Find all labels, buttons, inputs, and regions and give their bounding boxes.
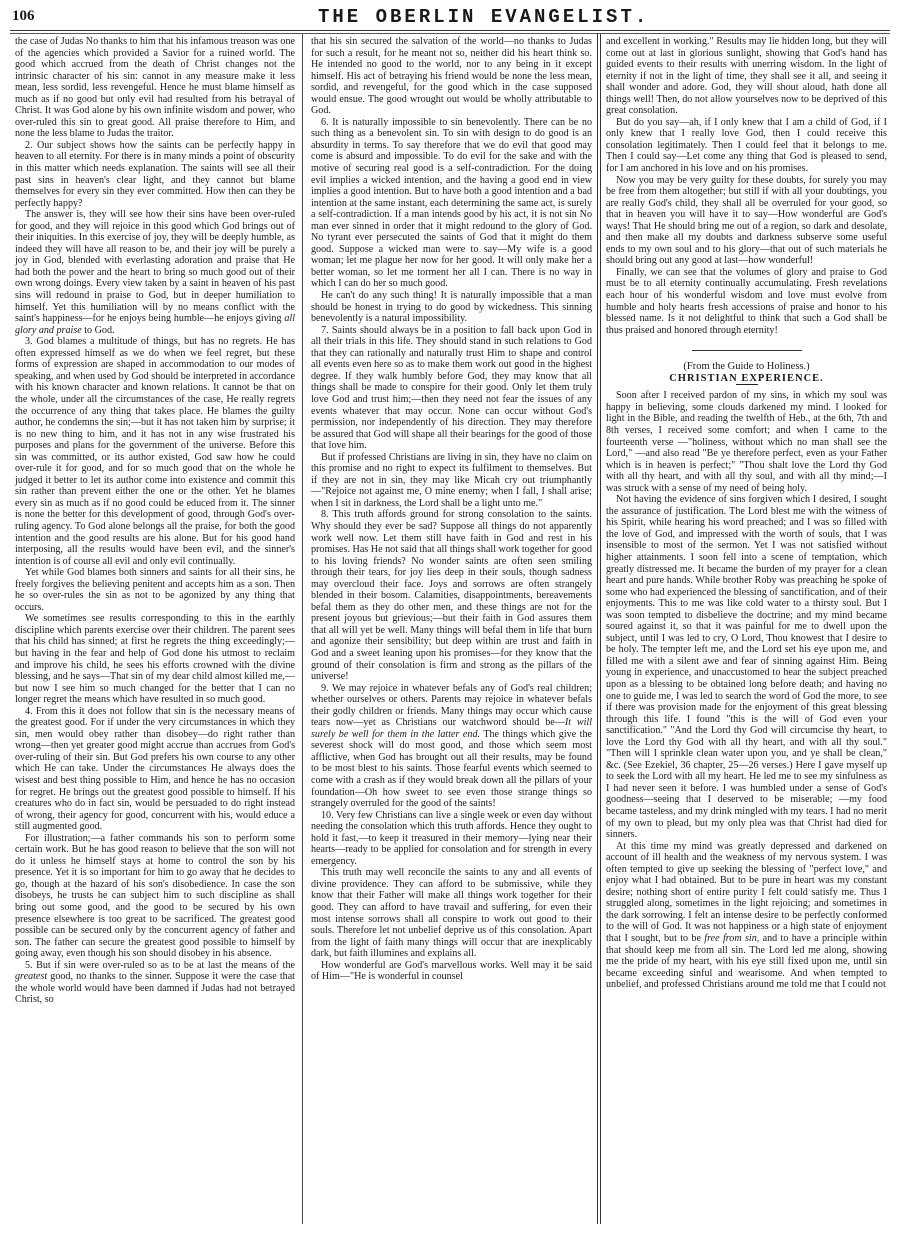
section-separator	[692, 350, 802, 351]
paragraph: 10. Very few Christians can live a singl…	[311, 810, 592, 868]
paragraph: 7. Saints should always be in a position…	[311, 325, 592, 452]
paragraph: 6. It is naturally impossible to sin ben…	[311, 117, 592, 290]
column-divider	[302, 34, 303, 1224]
paragraph: But do you say—ah, if I only knew that I…	[606, 117, 887, 175]
paragraph: 3. God blames a multitude of things, but…	[15, 336, 295, 567]
paragraph: 8. This truth affords ground for strong …	[311, 509, 592, 682]
page-number: 106	[12, 8, 35, 25]
paragraph: 2. Our subject shows how the saints can …	[15, 140, 295, 209]
paragraph: For illustration;—a father commands his …	[15, 833, 295, 960]
paragraph: How wonderful are God's marvellous works…	[311, 960, 592, 983]
paragraph: This truth may well reconcile the saints…	[311, 867, 592, 959]
paragraph: The answer is, they will see how their s…	[15, 209, 295, 336]
paragraph: that his sin secured the salvation of th…	[311, 36, 592, 117]
paragraph: Yet while God blames both sinners and sa…	[15, 567, 295, 613]
column-3-new-article: Soon after I received pardon of my sins,…	[606, 390, 887, 990]
column-1: the case of Judas No thanks to him that …	[15, 36, 295, 1006]
paragraph: the case of Judas No thanks to him that …	[15, 36, 295, 140]
column-3: and excellent in working." Results may l…	[606, 36, 887, 991]
paragraph: But if professed Christians are living i…	[311, 452, 592, 510]
paragraph: 4. From this it does not follow that sin…	[15, 706, 295, 833]
publication-title: THE OBERLIN EVANGELIST.	[318, 6, 649, 28]
column-divider-double	[597, 34, 601, 1224]
paragraph: 5. But if sin were over-ruled so as to b…	[15, 960, 295, 1006]
paragraph: At this time my mind was greatly depress…	[606, 841, 887, 991]
paragraph: Finally, we can see that the volumes of …	[606, 267, 887, 336]
paragraph: 9. We may rejoice in whatever befals any…	[311, 683, 592, 810]
paragraph: We sometimes see results corresponding t…	[15, 613, 295, 705]
source-note: (From the Guide to Holiness.)	[606, 361, 887, 373]
column-2: that his sin secured the salvation of th…	[311, 36, 592, 983]
article-heading: CHRISTIAN EXPERIENCE.	[606, 373, 887, 385]
masthead: 106 THE OBERLIN EVANGELIST.	[0, 0, 900, 30]
paragraph: Now you may be very guilty for these dou…	[606, 175, 887, 267]
heading-rule	[736, 384, 758, 385]
header-rule	[10, 30, 890, 34]
paragraph: Not having the evidence of sins forgiven…	[606, 494, 887, 840]
paragraph: He can't do any such thing! It is natura…	[311, 290, 592, 325]
paragraph: Soon after I received pardon of my sins,…	[606, 390, 887, 494]
column-3-article-end: and excellent in working." Results may l…	[606, 36, 887, 336]
paragraph: and excellent in working." Results may l…	[606, 36, 887, 117]
